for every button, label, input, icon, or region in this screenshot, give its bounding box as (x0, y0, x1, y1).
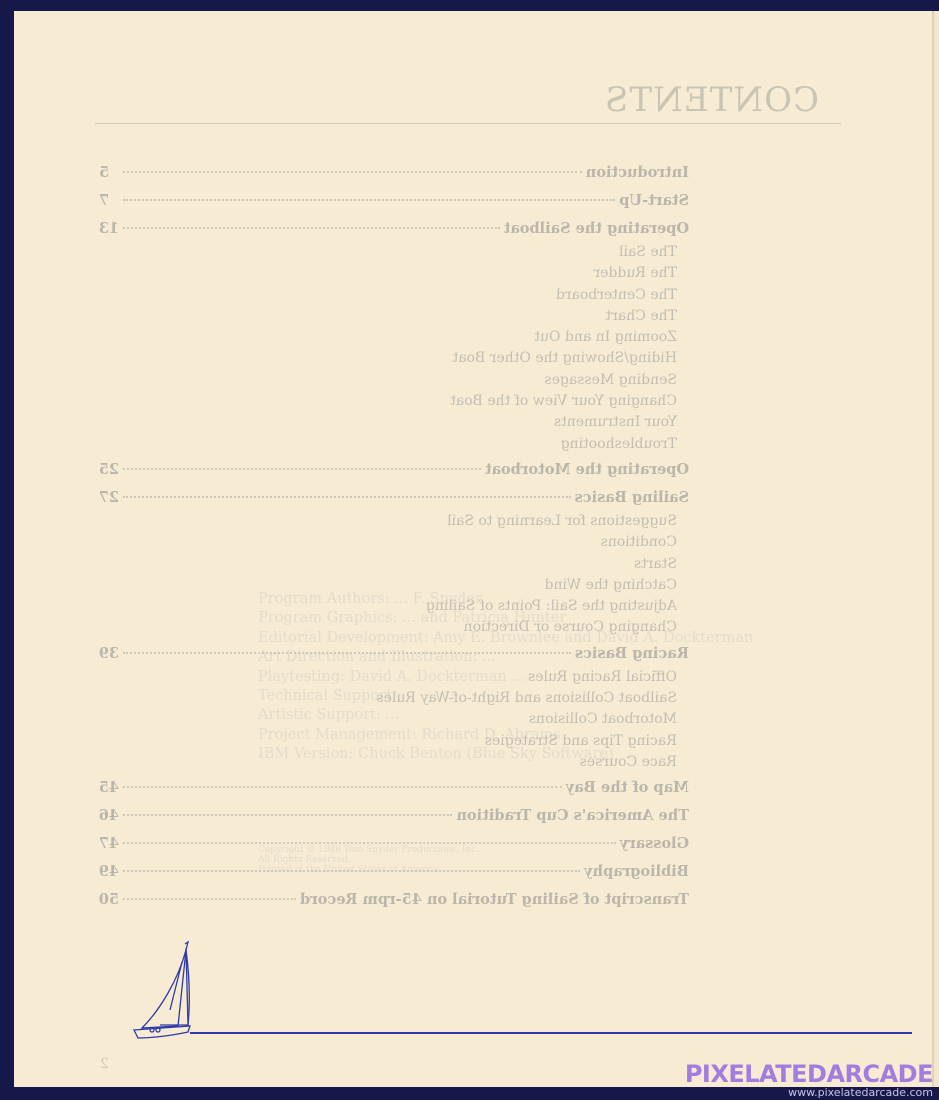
toc-entry-label: Bibliography (584, 863, 689, 880)
sailboat-icon (130, 940, 200, 1040)
toc-entry: Operating the Motorboat25 (99, 461, 689, 483)
toc-subentry: Race Courses (99, 752, 689, 773)
toc-entry-label: Transcript of Sailing Tutorial on 45-rpm… (300, 891, 689, 908)
toc-entry: Bibliography49 (99, 863, 689, 885)
leader-dots (123, 898, 296, 900)
toc-subentry: Catching the Wind (99, 575, 689, 596)
toc-entry: Glossary47 (99, 835, 689, 857)
toc-page-number: 45 (99, 779, 119, 796)
toc-entry-label: Racing Basics (575, 645, 689, 662)
watermark-title: PIXELATEDARCADE (685, 1062, 933, 1086)
toc-page-number: 50 (99, 891, 119, 908)
toc-subentry: Official Racing Rules (99, 667, 689, 688)
toc-subentry: Changing Course or Direction (99, 617, 689, 638)
leader-dots (123, 171, 582, 173)
toc-page-number: 46 (99, 807, 119, 824)
toc-entry-label: Map of the Bay (566, 779, 689, 796)
toc-page-number: 25 (99, 461, 119, 478)
toc-subentry: The Sail (99, 242, 689, 263)
page-number: 2 (100, 1056, 109, 1072)
toc-subentry: The Chart (99, 306, 689, 327)
toc-entry-label: The America's Cup Tradition (456, 807, 689, 824)
leader-dots (123, 652, 571, 654)
toc-subentry: Sending Messages (99, 370, 689, 391)
leader-dots (123, 199, 615, 201)
toc-entry: Sailing Basics27 (99, 489, 689, 511)
toc-entry-label: Operating the Sailboat (504, 220, 689, 237)
toc-subentry: Adjusting the Sail: Points of Sailing (99, 596, 689, 617)
table-of-contents: Introduction5Start-Up7Operating the Sail… (99, 164, 689, 919)
leader-dots (123, 842, 616, 844)
leader-dots (123, 496, 571, 498)
footer-rule (190, 1032, 912, 1034)
toc-subentry: Hiding/Showing the Other Boat (99, 348, 689, 369)
toc-subentry: Troubleshooting (99, 434, 689, 455)
toc-entry-label: Introduction (586, 164, 689, 181)
toc-entry-label: Sailing Basics (575, 489, 689, 506)
toc-entry: Transcript of Sailing Tutorial on 45-rpm… (99, 891, 689, 913)
title-rule (95, 123, 841, 124)
toc-page-number: 27 (99, 489, 119, 506)
toc-page-number: 49 (99, 863, 119, 880)
toc-subentry: Sailboat Collisions and Right-of-Way Rul… (99, 688, 689, 709)
toc-subentry: Suggestions for Learning to Sail (99, 511, 689, 532)
toc-subentry: Your Instruments (99, 412, 689, 433)
toc-subentry: Motorboat Collisions (99, 709, 689, 730)
leader-dots (123, 814, 452, 816)
toc-entry: Racing Basics39 (99, 645, 689, 667)
mirrored-contents: CONTENTS Introduction5Start-Up7Operating… (0, 0, 939, 1100)
toc-subentry: Conditions (99, 532, 689, 553)
leader-dots (123, 227, 500, 229)
toc-entry: The America's Cup Tradition46 (99, 807, 689, 829)
toc-page-number: 47 (99, 835, 119, 852)
toc-entry: Operating the Sailboat13 (99, 220, 689, 242)
toc-entry: Map of the Bay45 (99, 779, 689, 801)
toc-subentry: The Rudder (99, 263, 689, 284)
toc-page-number: 7 (99, 192, 119, 209)
toc-page-number: 5 (99, 164, 119, 181)
toc-entry-label: Start-Up (619, 192, 689, 209)
toc-subentry: Racing Tips and Strategies (99, 731, 689, 752)
toc-subentry: Changing Your View of the Boat (99, 391, 689, 412)
leader-dots (123, 870, 580, 872)
watermark: PIXELATEDARCADE www.pixelatedarcade.com (685, 1062, 933, 1099)
toc-entry: Introduction5 (99, 164, 689, 186)
toc-page-number: 13 (99, 220, 119, 237)
page-title: CONTENTS (604, 80, 819, 120)
leader-dots (123, 468, 481, 470)
toc-entry: Start-Up7 (99, 192, 689, 214)
leader-dots (123, 786, 562, 788)
toc-entry-label: Operating the Motorboat (485, 461, 689, 478)
toc-page-number: 39 (99, 645, 119, 662)
toc-subentry: Starts (99, 554, 689, 575)
toc-subentry: The Centerboard (99, 285, 689, 306)
toc-subentry: Zooming In and Out (99, 327, 689, 348)
toc-entry-label: Glossary (620, 835, 689, 852)
